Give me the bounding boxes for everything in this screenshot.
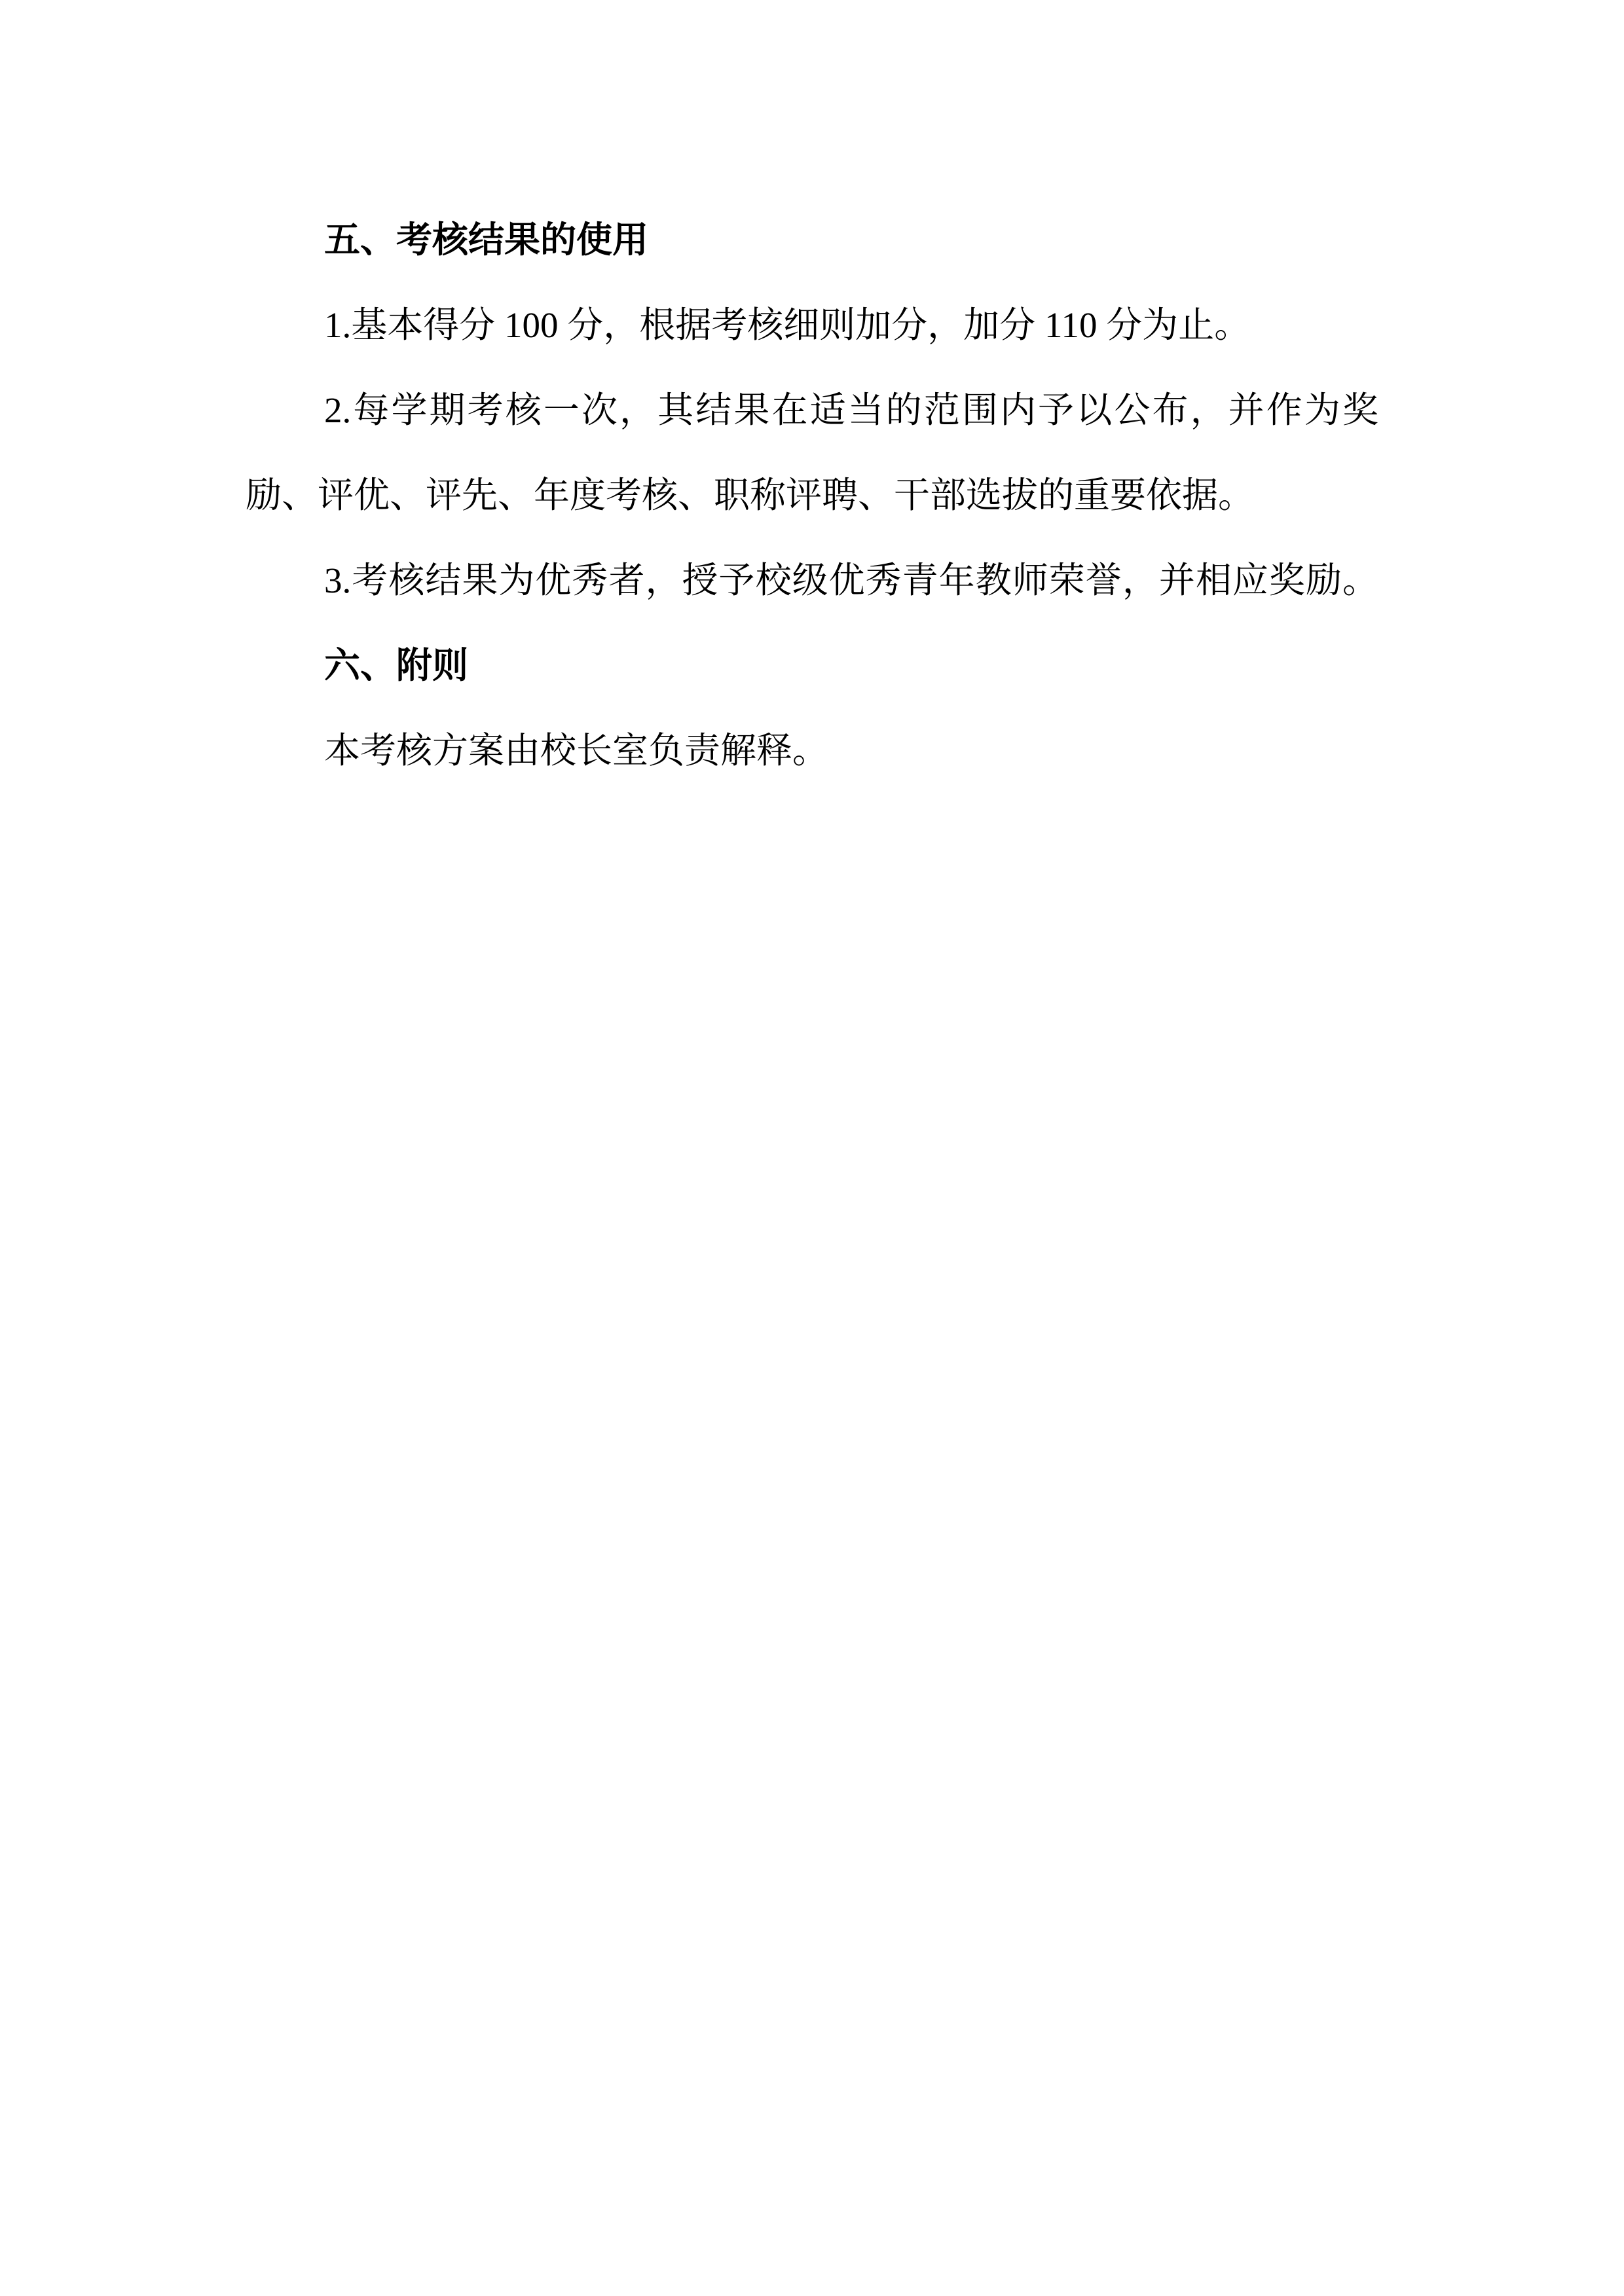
document-page: 五、考核结果的使用 1.基本得分 100 分，根据考核细则加分，加分 110 分…: [0, 0, 1624, 2296]
list-item-1: 1.基本得分 100 分，根据考核细则加分，加分 110 分为止。: [246, 283, 1378, 368]
section-heading-6: 六、附则: [246, 623, 1378, 708]
section-heading-5: 五、考核结果的使用: [246, 198, 1378, 283]
list-item-3: 3.考核结果为优秀者，授予校级优秀青年教师荣誉，并相应奖励。: [246, 538, 1378, 623]
list-item-2-line-1: 2.每学期考核一次，其结果在适当的范围内予以公布，并作为奖: [246, 368, 1378, 453]
closing-paragraph: 本考核方案由校长室负责解释。: [246, 708, 1378, 793]
document-text-block: 五、考核结果的使用 1.基本得分 100 分，根据考核细则加分，加分 110 分…: [246, 198, 1378, 793]
list-item-2-line-2: 励、评优、评先、年度考核、职称评聘、干部选拔的重要依据。: [246, 453, 1378, 538]
